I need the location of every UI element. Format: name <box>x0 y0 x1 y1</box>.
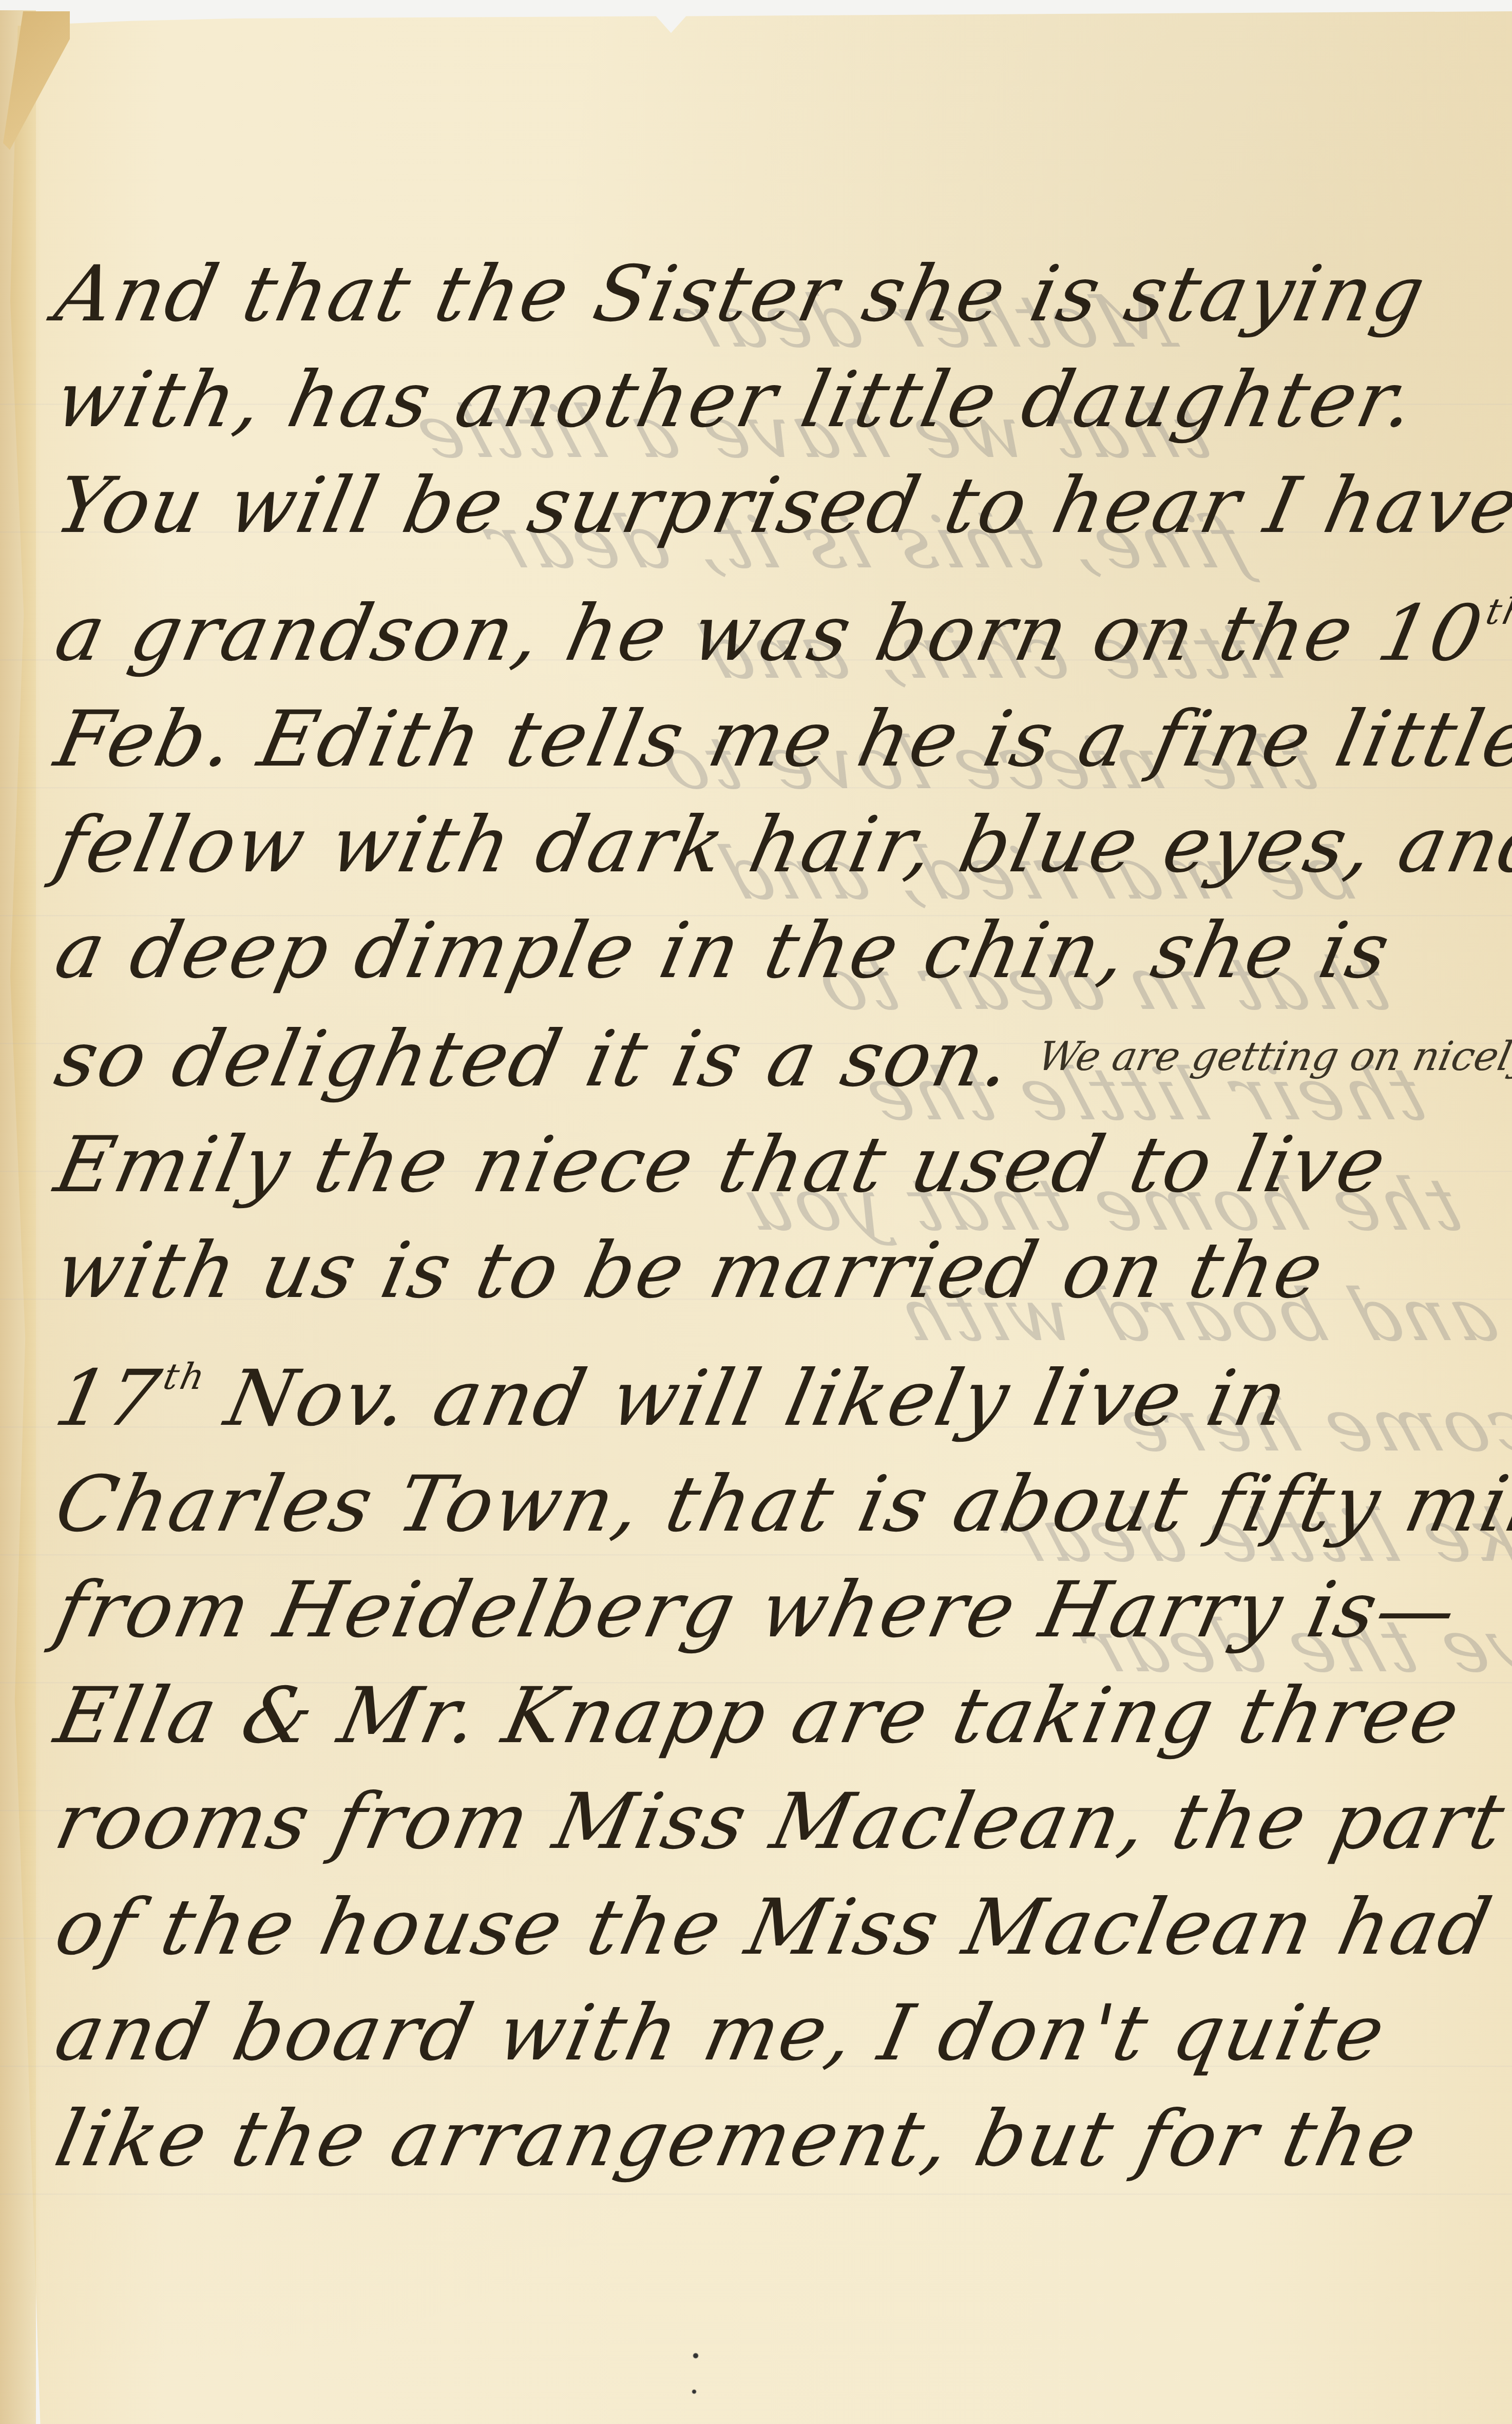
letter-line: from Heidelberg where Harry is— <box>46 1557 1512 1663</box>
letter-body: And that the Sister she is staying with,… <box>46 241 1494 2192</box>
letter-line: And that the Sister she is staying <box>46 241 1512 347</box>
letter-line: Feb. Edith tells me he is a fine little <box>46 686 1512 792</box>
letter-line: Charles Town, that is about fifty miles <box>46 1452 1512 1557</box>
letter-line: rooms from Miss Maclean, the part <box>46 1769 1512 1875</box>
letter-line: Ella & Mr. Knapp are taking three <box>46 1663 1512 1769</box>
letter-line: so delighted it is a son. We are getting… <box>46 1004 1512 1112</box>
letter-line: You will be surprised to hear I have <box>46 453 1512 559</box>
letter-line: Emily the niece that used to live <box>46 1112 1512 1218</box>
letter-line: with us is to be married on the <box>46 1218 1512 1324</box>
letter-line: with, has another little daughter. <box>46 347 1512 453</box>
letter-line: and board with me, I don't quite <box>46 1980 1512 2086</box>
letter-line: like the arrangement, but for the <box>46 2086 1512 2192</box>
letter-line: 17th Nov. and will likely live in <box>46 1324 1512 1452</box>
letter-line: a deep dimple in the chin, she is <box>46 898 1512 1004</box>
letter-line: of the house the Miss Maclean had <box>46 1875 1512 1980</box>
ink-specks <box>688 2341 703 2413</box>
letter-line: a grandson, he was born on the 10th <box>46 559 1512 686</box>
letter-line: fellow with dark hair, blue eyes, and <box>46 792 1512 898</box>
inserted-note: We are getting on nicely <box>1033 1034 1512 1080</box>
